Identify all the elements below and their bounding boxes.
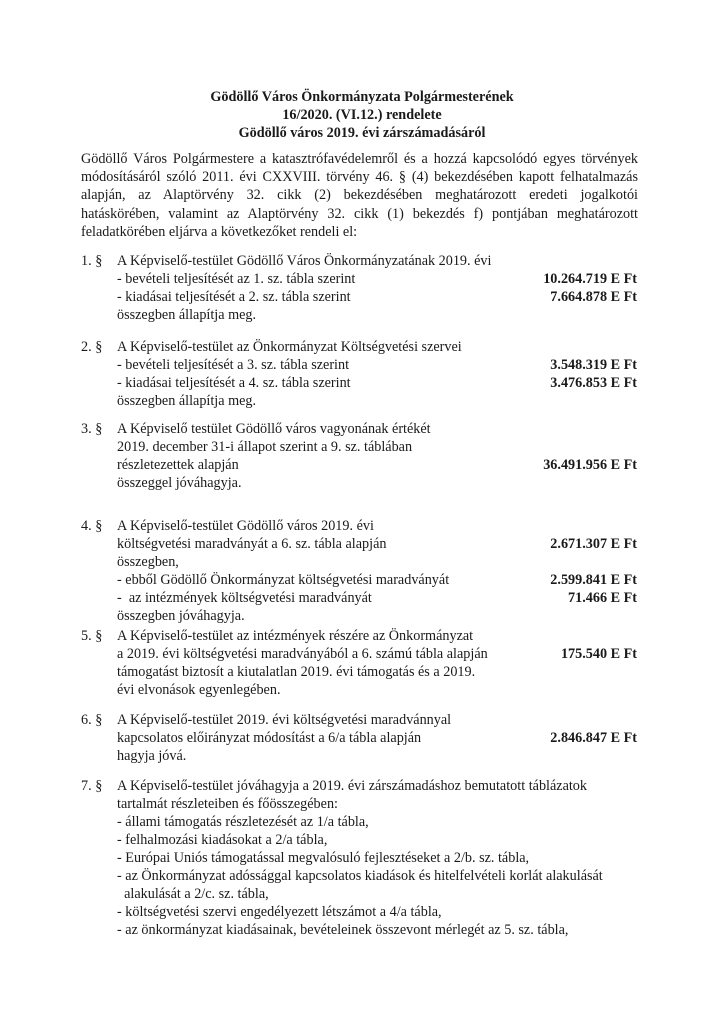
section-line: A Képviselő-testület Gödöllő város 2019.… [81,517,641,535]
section-line-text: - az önkormányzat kiadásainak, bevételei… [117,922,568,938]
section-line-text: - állami támogatás részletezését az 1/a … [117,814,369,830]
section-line-text: költségvetési maradványát a 6. sz. tábla… [117,536,386,552]
preamble-line: alapján, az Alaptörvény 32. cikk (2) bek… [81,186,638,204]
section-line: A Képviselő-testület az Önkormányzat Köl… [81,338,641,356]
section-line-text: összegben, [117,554,179,570]
section-line-text: alakulását a 2/c. sz. tábla, [117,886,269,902]
section-line-text: - ebből Gödöllő Önkormányzat költségveté… [117,572,449,588]
section-line: összegben állapítja meg. [81,392,641,410]
section-line: - bevételi teljesítését a 3. sz. tábla s… [81,356,641,374]
section-3: 3. §A Képviselő testület Gödöllő város v… [81,420,641,492]
section-line: kapcsolatos előirányzat módosítást a 6/a… [81,729,641,747]
section-line-text: 2019. december 31-i állapot szerint a 9.… [117,439,412,455]
section-line-text: - költségvetési szervi engedélyezett lét… [117,904,442,920]
section-line-text: összeggel jóváhagyja. [117,475,242,491]
section-7: 7. §A Képviselő-testület jóváhagyja a 20… [81,777,641,939]
section-6: 6. §A Képviselő-testület 2019. évi költs… [81,711,641,765]
section-line-text: a 2019. évi költségvetési maradványából … [117,646,488,662]
section-line: támogatást biztosít a kiutalatlan 2019. … [81,663,641,681]
amount-value: 2.671.307 E Ft [550,535,637,553]
preamble-line: feladatkörében eljárva a következőket re… [81,223,638,241]
section-line: - az intézmények költségvetési maradvány… [81,589,641,607]
section-line: összegben jóváhagyja. [81,607,641,625]
preamble-line: Gödöllő Város Polgármestere a katasztróf… [81,150,638,168]
section-line-text: hagyja jóvá. [117,748,186,764]
amount-value: 36.491.956 E Ft [543,456,637,474]
section-line: A Képviselő-testület Gödöllő Város Önkor… [81,252,641,270]
section-line-text: A Képviselő testület Gödöllő város vagyo… [117,421,431,437]
amount-value: 3.476.853 E Ft [550,374,637,392]
section-line: összeggel jóváhagyja. [81,474,641,492]
amount-value: 2.846.847 E Ft [550,729,637,747]
section-line-text: A Képviselő-testület jóváhagyja a 2019. … [117,778,587,794]
section-line: - bevételi teljesítését az 1. sz. tábla … [81,270,641,288]
amount-value: 175.540 E Ft [561,645,637,663]
section-line-text: A Képviselő-testület az Önkormányzat Köl… [117,339,462,355]
section-5: 5. §A Képviselő-testület az intézmények … [81,627,641,699]
section-line: A Képviselő-testület az intézmények rész… [81,627,641,645]
section-line: - felhalmozási kiadásokat a 2/a tábla, [81,831,641,849]
section-line: összegben, [81,553,641,571]
section-line: - Európai Uniós támogatással megvalósuló… [81,849,641,867]
section-line: A Képviselő-testület 2019. évi költségve… [81,711,641,729]
section-line: hagyja jóvá. [81,747,641,765]
section-line: - kiadásai teljesítését a 4. sz. tábla s… [81,374,641,392]
section-line-text: évi elvonások egyenlegében. [117,682,281,698]
section-line-text: A Képviselő-testület az intézmények rész… [117,628,473,644]
amount-value: 3.548.319 E Ft [550,356,637,374]
section-line-text: A Képviselő-testület Gödöllő város 2019.… [117,518,374,534]
section-line-text: - az Önkormányzat adóssággal kapcsolatos… [117,868,603,884]
section-line: - költségvetési szervi engedélyezett lét… [81,903,641,921]
section-2: 2. §A Képviselő-testület az Önkormányzat… [81,338,641,410]
section-line: A Képviselő testület Gödöllő város vagyo… [81,420,641,438]
section-line-text: - bevételi teljesítését a 3. sz. tábla s… [117,357,349,373]
section-line-text: - Európai Uniós támogatással megvalósuló… [117,850,529,866]
section-line: - kiadásai teljesítését a 2. sz. tábla s… [81,288,641,306]
section-line-text: - kiadásai teljesítését a 4. sz. tábla s… [117,375,351,391]
section-line: - állami támogatás részletezését az 1/a … [81,813,641,831]
section-4: 4. §A Képviselő-testület Gödöllő város 2… [81,517,641,625]
section-line: - az Önkormányzat adóssággal kapcsolatos… [81,867,641,885]
amount-value: 2.599.841 E Ft [550,571,637,589]
section-line-text: A Képviselő-testület 2019. évi költségve… [117,712,451,728]
section-line-text: tartalmát részleteiben és főösszegében: [117,796,338,812]
header-title: Gödöllő Város Önkormányzata Polgármester… [0,88,724,106]
amount-value: 7.664.878 E Ft [550,288,637,306]
section-line-text: részletezettek alapján [117,457,239,473]
section-line-text: kapcsolatos előirányzat módosítást a 6/a… [117,730,421,746]
section-line-text: összegben állapítja meg. [117,307,256,323]
section-line-text: összegben jóváhagyja. [117,608,245,624]
section-line: évi elvonások egyenlegében. [81,681,641,699]
section-line: - az önkormányzat kiadásainak, bevételei… [81,921,641,939]
section-line: - ebből Gödöllő Önkormányzat költségveté… [81,571,641,589]
section-line-text: - bevételi teljesítését az 1. sz. tábla … [117,271,355,287]
header-subject: Gödöllő város 2019. évi zárszámadásáról [0,124,724,142]
section-line: részletezettek alapján36.491.956 E Ft [81,456,641,474]
section-1: 1. §A Képviselő-testület Gödöllő Város Ö… [81,252,641,324]
section-line-text: - az intézmények költségvetési maradvány… [117,590,372,606]
amount-value: 10.264.719 E Ft [543,270,637,288]
document-header: Gödöllő Város Önkormányzata Polgármester… [0,88,724,142]
section-line: alakulását a 2/c. sz. tábla, [81,885,641,903]
amount-value: 71.466 E Ft [568,589,637,607]
section-line: költségvetési maradványát a 6. sz. tábla… [81,535,641,553]
section-line: tartalmát részleteiben és főösszegében: [81,795,641,813]
preamble: Gödöllő Város Polgármestere a katasztróf… [81,150,638,241]
section-line: 2019. december 31-i állapot szerint a 9.… [81,438,641,456]
section-line-text: - kiadásai teljesítését a 2. sz. tábla s… [117,289,351,305]
preamble-line: hatáskörében, valamint az Alaptörvény 32… [81,205,638,223]
header-decree-number: 16/2020. (VI.12.) rendelete [0,106,724,124]
section-line-text: A Képviselő-testület Gödöllő Város Önkor… [117,253,491,269]
section-line-text: - felhalmozási kiadásokat a 2/a tábla, [117,832,327,848]
section-line-text: összegben állapítja meg. [117,393,256,409]
section-line-text: támogatást biztosít a kiutalatlan 2019. … [117,664,475,680]
section-line: a 2019. évi költségvetési maradványából … [81,645,641,663]
section-line: A Képviselő-testület jóváhagyja a 2019. … [81,777,641,795]
preamble-line: módosításáról szóló 2011. évi CXXVIII. t… [81,168,638,186]
section-line: összegben állapítja meg. [81,306,641,324]
